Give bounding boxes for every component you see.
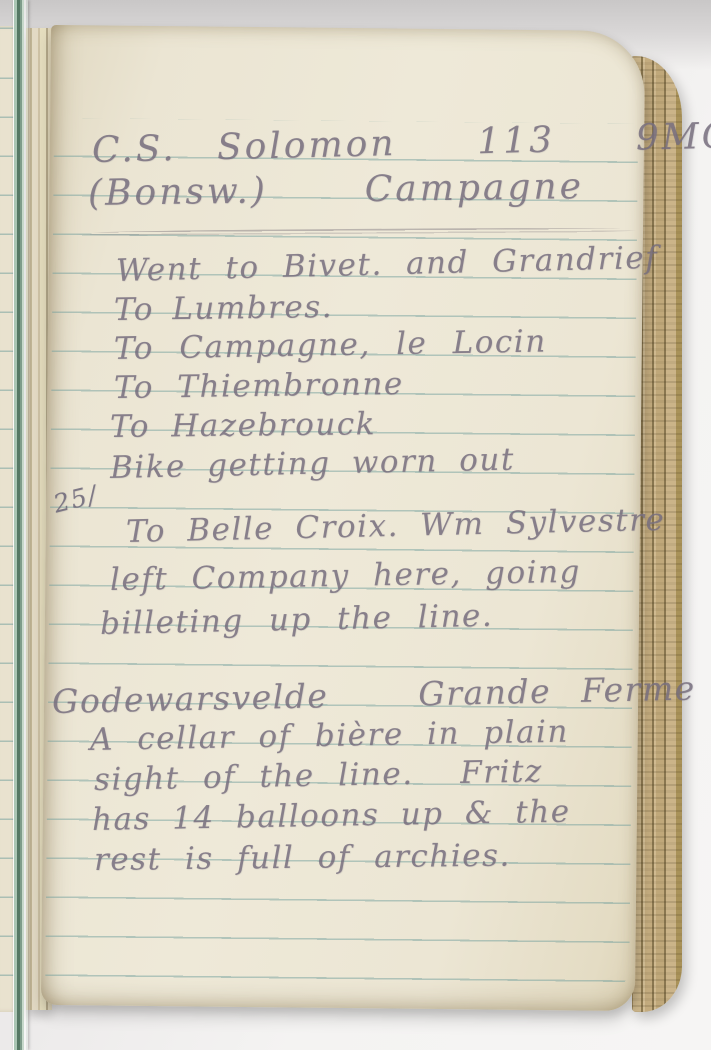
glass-strip [13, 0, 28, 1050]
handwriting-line: To Campagne, le Locin [114, 326, 547, 365]
handwriting-line: To Hazebrouck [110, 409, 376, 443]
handwriting-line: billeting up the line. [100, 601, 494, 640]
notebook-photo: C.S. Solomon 113 9MGC. (Bonsw.) Campagne… [0, 0, 711, 1050]
handwriting-line: A cellar of bière in plain [90, 717, 569, 756]
handwriting-line: has 14 balloons up & the [92, 797, 571, 836]
handwriting-line: sight of the line. Fritz [94, 756, 543, 796]
handwriting-line: Bike getting worn out [110, 445, 515, 484]
handwriting-line: To Thiembronne [114, 369, 404, 404]
handwriting-line: left Company here, going [110, 557, 581, 596]
header-line-2: (Bonsw.) Campagne [88, 169, 584, 212]
handwriting-line: rest is full of archies. [94, 841, 511, 876]
handwriting-line: To Lumbres. [114, 292, 333, 326]
